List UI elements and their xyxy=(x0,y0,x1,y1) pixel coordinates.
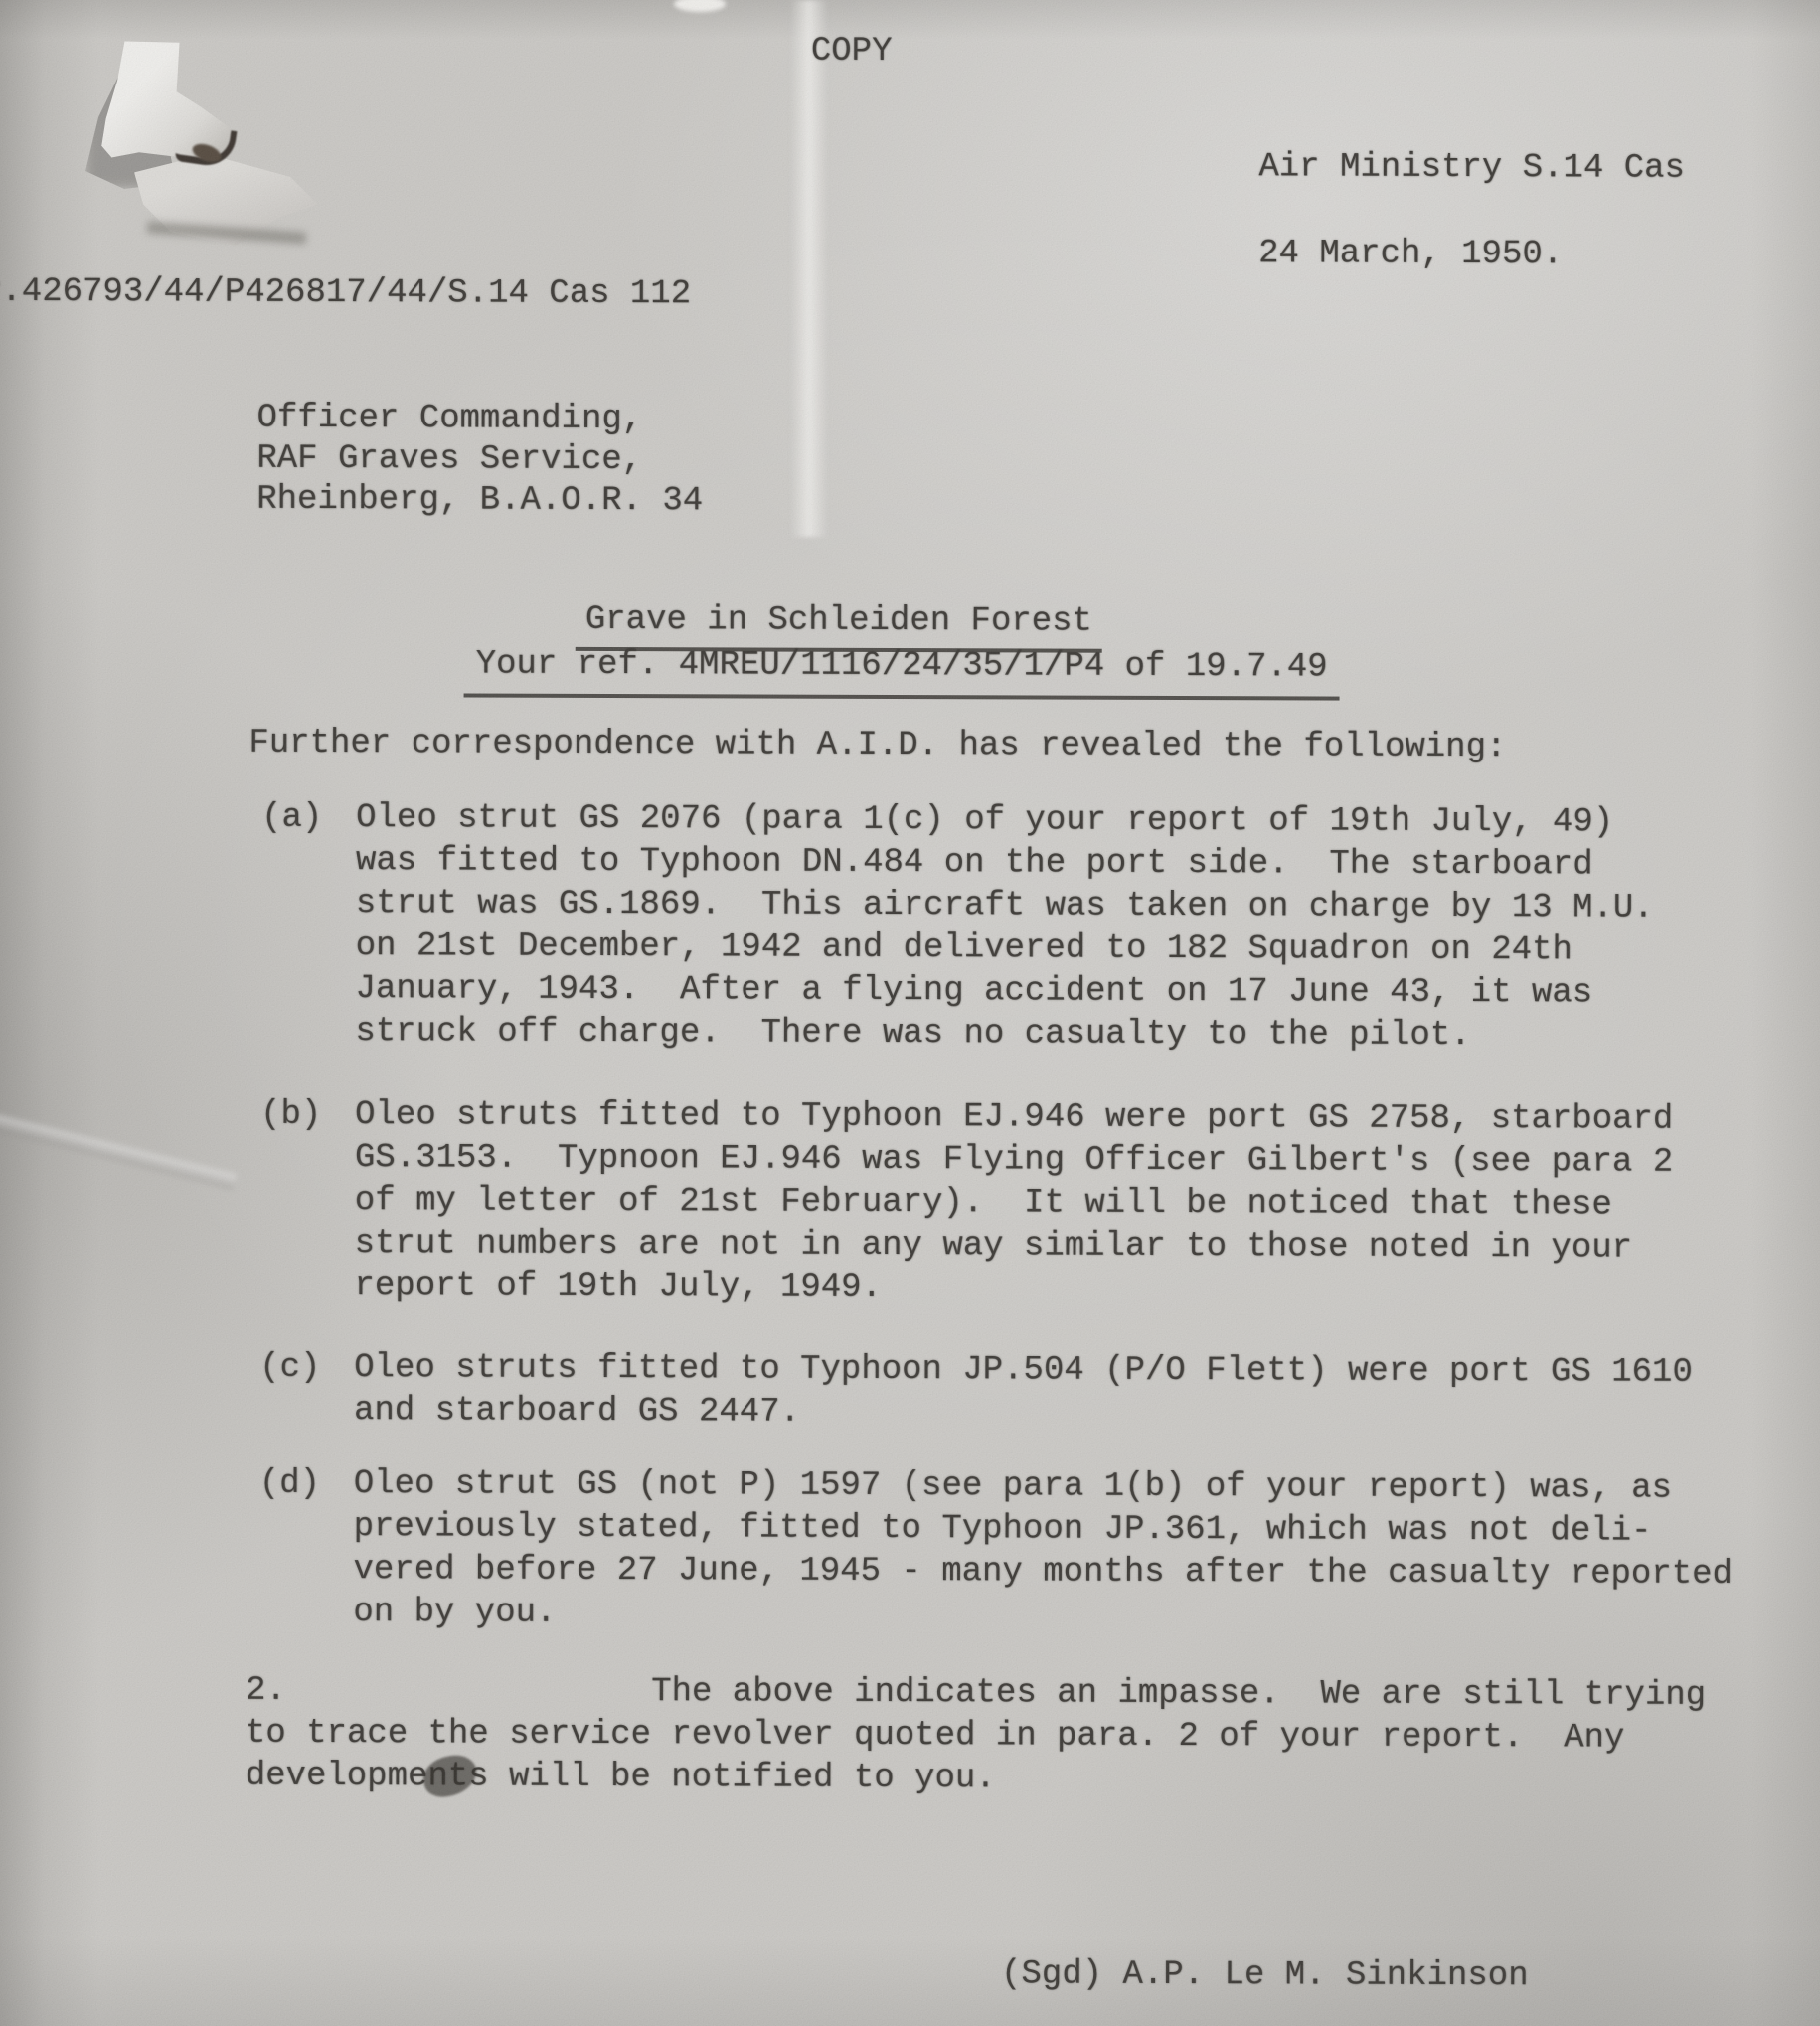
paragraph-a-label: (a) xyxy=(261,797,322,840)
recipient-address: Officer Commanding, RAF Graves Service, … xyxy=(256,399,703,523)
paragraph-c-body: Oleo struts fitted to Typhoon JP.504 (P/… xyxy=(354,1347,1693,1437)
intro-line: Further correspondence with A.I.D. has r… xyxy=(248,723,1506,769)
signature-line: (Sgd) A.P. Le M. Sinkinson xyxy=(1001,1953,1529,1998)
sender-office: Air Ministry S.14 Cas xyxy=(1258,146,1685,190)
paragraph-a-body: Oleo strut GS 2076 (para 1(c) of your re… xyxy=(355,797,1654,1059)
letter-date: 24 March, 1950. xyxy=(1258,233,1563,276)
copy-label: COPY xyxy=(811,31,893,74)
paragraph-d-label: (d) xyxy=(259,1463,320,1506)
reference-number: P.426793/44/P426817/44/S.14 Cas 112 xyxy=(0,271,691,316)
paragraph-d-body: Oleo strut GS (not P) 1597 (see para 1(b… xyxy=(353,1463,1733,1639)
paragraph-b-label: (b) xyxy=(260,1095,321,1137)
subject-your-ref-underlined: Your ref. 4MREU/1116/24/35/1/P4 of 19.7.… xyxy=(464,643,1340,700)
typewritten-text-layer: COPY Air Ministry S.14 Cas 24 March, 195… xyxy=(0,0,1820,2026)
paragraph-b-body: Oleo struts fitted to Typhoon EJ.946 wer… xyxy=(354,1095,1673,1313)
scanned-letter-page: COPY Air Ministry S.14 Cas 24 March, 195… xyxy=(0,0,1820,2026)
paragraph-c-label: (c) xyxy=(259,1347,320,1390)
